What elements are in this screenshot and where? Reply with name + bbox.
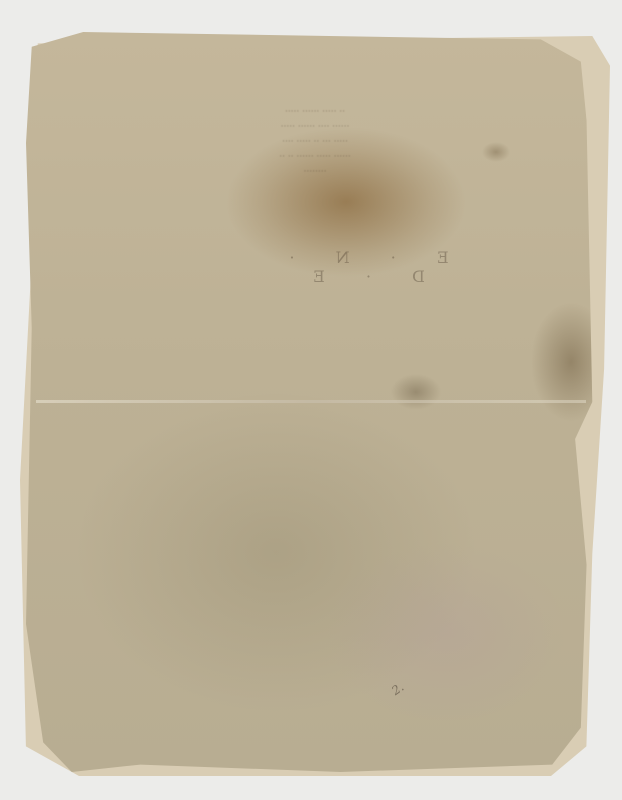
bleed-through-heading: E · N · D · E — [250, 248, 470, 286]
bleed-through-text: ·· ····· ······ ····· ······ ···· ······… — [155, 105, 475, 180]
bleed-line: ·· ····· ······ ····· — [285, 107, 345, 117]
bleed-line: ····· ··· ·· ····· ···· — [282, 137, 348, 147]
bleed-line: ········ — [304, 167, 327, 177]
bleed-line: ······ ····· ······ ·· ·· — [279, 152, 351, 162]
fold-crease — [36, 400, 586, 403]
bleed-line: ······ ···· ······ ····· — [281, 122, 350, 132]
